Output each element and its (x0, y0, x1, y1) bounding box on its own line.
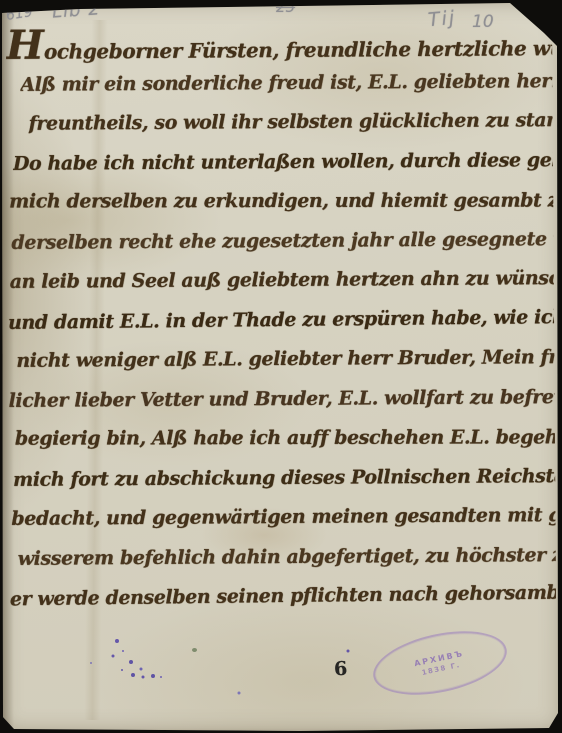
manuscript-line: freuntheils, so woll ihr selbsten glückl… (28, 101, 552, 144)
manuscript-line: und damit E.L. in der Thade zu erspüren … (8, 298, 554, 343)
manuscript-line: Hochgeborner Fürsten, freundliche hertzl… (6, 22, 552, 65)
pencil-annotation-25-struck: 25 (276, 0, 295, 16)
manuscript-line: begierig bin, Alß habe ich auff beschehe… (15, 418, 555, 459)
archive-stamp: АРХИВЪ 1838 Г. (367, 620, 512, 705)
manuscript-line: er werde denselben seinen pflichten nach… (10, 574, 556, 620)
handwritten-letter-body: Hochgeborner Fürsten, freundliche hertzl… (6, 22, 556, 618)
ink-blot (192, 648, 197, 652)
manuscript-line: wisserem befehlich dahin abgefertiget, z… (18, 536, 556, 579)
manuscript-line: derselben recht ehe zugesetzten jahr all… (11, 220, 553, 263)
pencil-annotation-619: 619 (5, 4, 34, 24)
ink-speckles (0, 0, 2, 2)
scanned-manuscript: 619 Lib 2 25 Tij 10 Hochgeborner Fürsten… (0, 0, 562, 733)
pencil-annotation-lib2: Lib 2 (51, 0, 101, 23)
manuscript-line: an leib und Seel auß geliebtem hertzen a… (10, 259, 554, 302)
manuscript-line: mich fort zu abschickung dieses Pollnisc… (13, 457, 555, 500)
manuscript-line: Alß mir ein sonderliche freud ist, E.L. … (20, 62, 552, 105)
manuscript-line: bedacht, und gegenwärtigen meinen gesand… (11, 496, 555, 539)
manuscript-line: mich derselben zu erkundigen, und hiemit… (9, 182, 553, 222)
manuscript-line: licher lieber Vetter und Bruder, E.L. wo… (8, 378, 554, 421)
manuscript-line: nicht weniger alß E.L. geliebter herr Br… (16, 338, 554, 381)
manuscript-line: Do habe ich nicht unterlaßen wollen, dur… (13, 141, 553, 184)
folio-page-number: 6 (333, 658, 347, 681)
manuscript-page: 619 Lib 2 25 Tij 10 Hochgeborner Fürsten… (0, 0, 562, 733)
